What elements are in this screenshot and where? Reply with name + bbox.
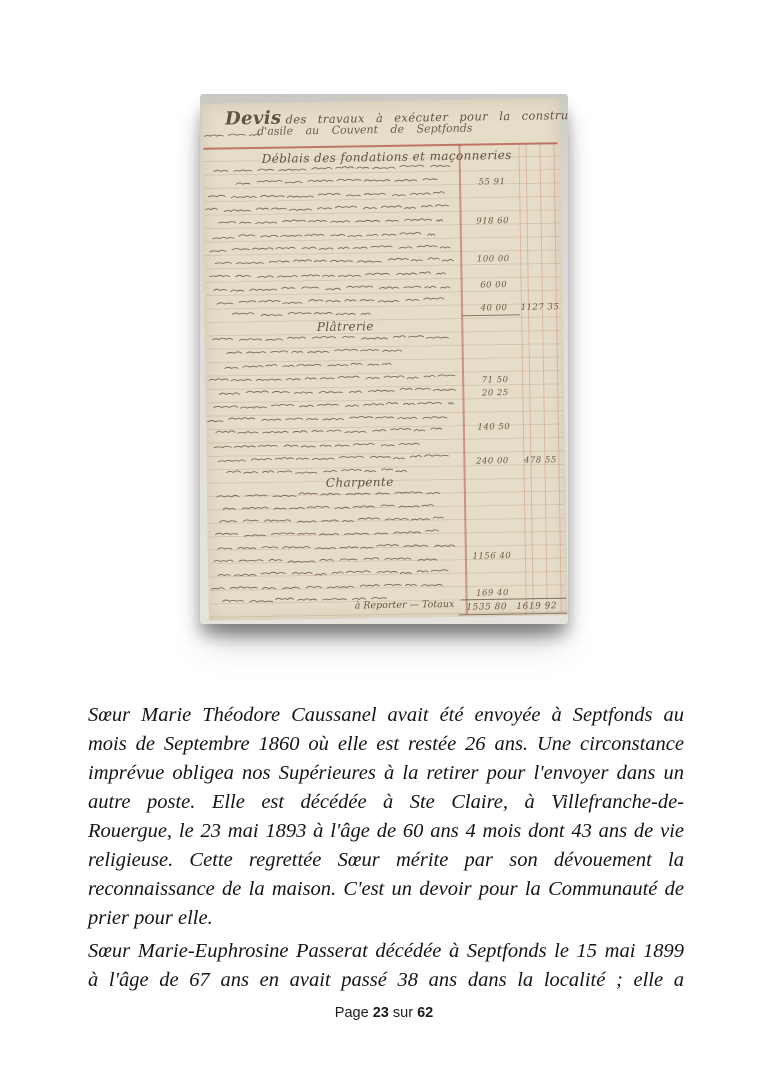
footer-word-page: Page (335, 1005, 369, 1021)
text-line: Rouergue, le 23 mai 1893 à l'âge de 60 a… (88, 817, 684, 846)
ledger-amount: 60 00 (472, 280, 516, 291)
text-line: prier pour elle. (88, 904, 684, 933)
ledger-amount: 40 00 (472, 303, 516, 314)
text-line: Sœur Marie Théodore Caussanel avait été … (88, 701, 684, 730)
footer-page-number: 23 (373, 1005, 389, 1021)
ledger-amount: 1619 92 (515, 601, 559, 612)
ledger-amount: 100 00 (471, 254, 515, 265)
manuscript-section-heading: Plâtrerie (300, 319, 390, 334)
ledger-amount: 1156 40 (470, 551, 514, 562)
page-footer: Page 23 sur 62 (0, 1005, 768, 1025)
ledger-amount: 20 25 (473, 388, 517, 399)
footer-word-sur: sur (393, 1005, 413, 1021)
text-line: à l'âge de 67 ans en avait passé 38 ans … (88, 966, 684, 995)
document-page: Devisdes travaux à exécuter pour la cons… (0, 0, 768, 1087)
body-paragraph-2: Sœur Marie-Euphrosine Passerat décédée à… (88, 937, 684, 995)
text-line: Sœur Marie-Euphrosine Passerat décédée à… (88, 937, 684, 966)
text-line: imprévue obligea nos Supérieures à la re… (88, 759, 684, 788)
text-line: mois de Septembre 1860 où elle est resté… (88, 730, 684, 759)
manuscript-paper: Devisdes travaux à exécuter pour la cons… (201, 98, 568, 621)
ledger-amount: 918 60 (471, 216, 515, 227)
footer-total-pages: 62 (417, 1005, 433, 1021)
text-line: autre poste. Elle est décédée à Ste Clai… (88, 788, 684, 817)
ledger-amount: 169 40 (470, 588, 514, 599)
manuscript-image: Devisdes travaux à exécuter pour la cons… (200, 94, 568, 624)
text-line: religieuse. Cette regrettée Sœur mérite … (88, 846, 684, 875)
ledger-totals-label: à Reporter — Totaux (355, 599, 455, 612)
ledger-amount: 1535 80 (465, 602, 509, 613)
text-line: reconnaissance de la maison. C'est un de… (88, 875, 684, 904)
ledger-amount: 140 50 (472, 422, 516, 433)
ledger-amount: 71 50 (473, 375, 517, 386)
ledger-amount: 240 00 (470, 456, 514, 467)
manuscript-section-heading: Charpente (315, 475, 405, 490)
ledger-amount: 1127 35 (518, 302, 562, 313)
ledger-amount: 55 91 (470, 177, 514, 188)
body-paragraph-1: Sœur Marie Théodore Caussanel avait été … (88, 701, 684, 933)
ledger-amount: 478 55 (518, 455, 562, 466)
